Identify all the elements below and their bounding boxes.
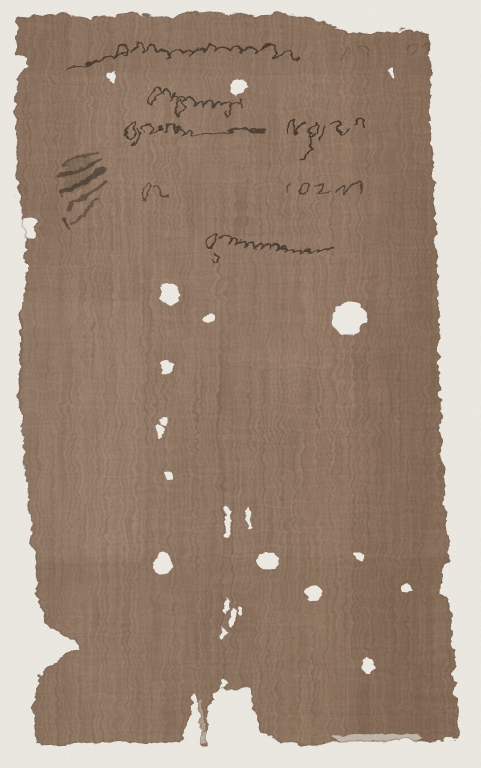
scene — [0, 0, 481, 768]
hole-loss — [165, 469, 171, 477]
hole-loss — [228, 608, 234, 626]
hole-loss — [388, 65, 393, 75]
hole-loss — [329, 301, 365, 333]
hole-loss — [359, 659, 373, 673]
tone-patch — [190, 235, 330, 365]
hole-loss — [222, 507, 228, 537]
hole-loss — [303, 584, 319, 598]
papyrus-fragment — [0, 0, 481, 768]
tone-patch — [150, 60, 350, 190]
hole-loss — [221, 595, 227, 611]
tone-patch — [20, 300, 140, 560]
hole-loss — [352, 550, 364, 558]
hole-loss — [105, 69, 114, 80]
hole-loss — [229, 76, 247, 92]
hole-loss — [245, 505, 249, 527]
hole-loss — [160, 414, 166, 424]
hole-loss — [200, 312, 212, 324]
hole-loss — [220, 625, 224, 637]
papyrus-fragment-photo — [0, 0, 481, 768]
hole-loss — [235, 607, 239, 617]
hole-loss — [399, 582, 411, 592]
hole-loss — [159, 359, 171, 373]
hole-loss — [152, 552, 170, 572]
hole-loss — [153, 421, 161, 435]
